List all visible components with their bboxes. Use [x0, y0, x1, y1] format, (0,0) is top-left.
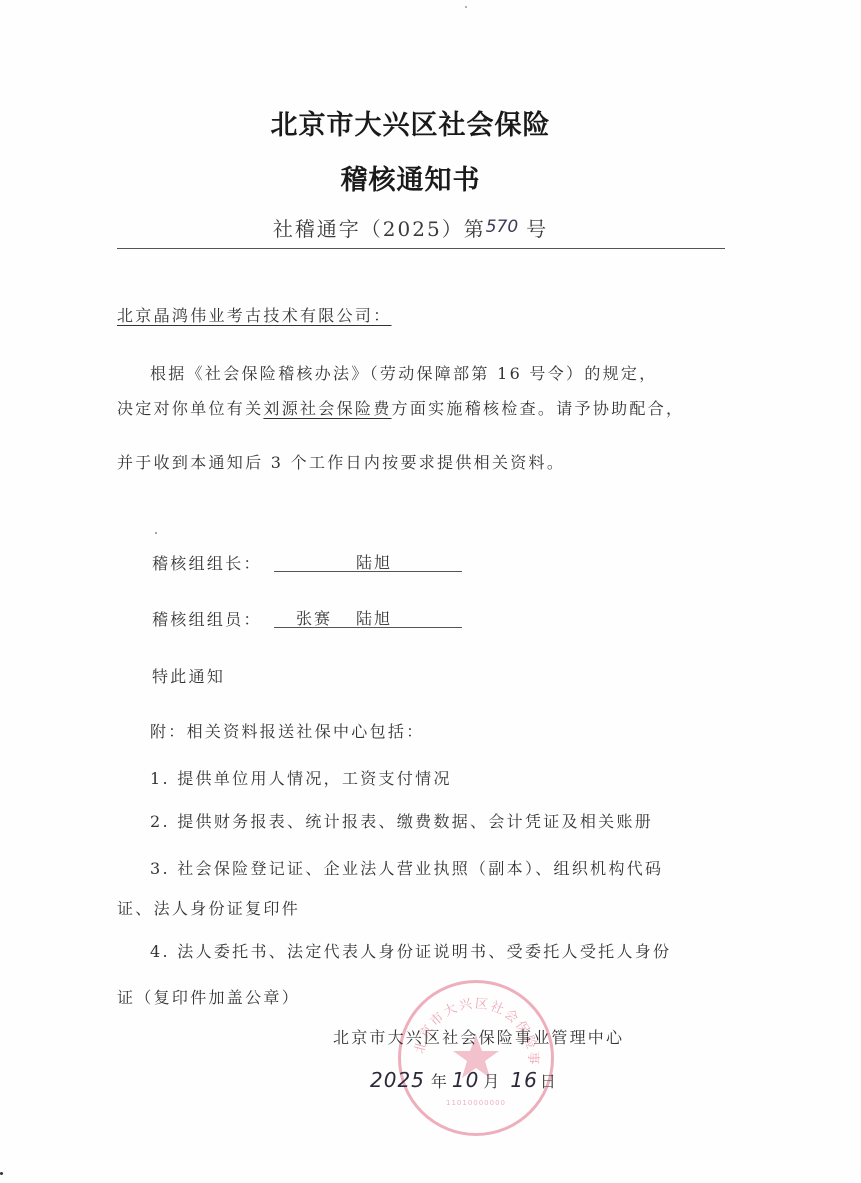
issue-date: 2025年10月16日	[370, 1068, 557, 1092]
svg-text:11010000000: 11010000000	[446, 1099, 506, 1107]
body-line2-post: 方面实施稽核检查。请予协助配合，	[392, 399, 685, 418]
issuer-name: 北京市大兴区社会保险事业管理中心	[333, 1025, 624, 1048]
scan-speck	[0, 1172, 3, 1175]
team-leader-label: 稽核组组长：	[152, 551, 262, 574]
date-month: 10	[452, 1068, 479, 1092]
team-member-1: 张赛	[296, 606, 332, 629]
attachment-item-3: 3. 社会保险登记证、企业法人营业执照（副本）、组织机构代码	[150, 856, 663, 879]
document-title-line1: 北京市大兴区社会保险	[0, 103, 821, 142]
attachment-title: 附：相关资料报送社保中心包括：	[150, 719, 425, 742]
scan-speck	[465, 6, 467, 8]
document-number: 社稽通字（2025）第570号	[0, 213, 821, 242]
body-paragraph-line3: 并于收到本通知后 3 个工作日内按要求提供相关资料。	[117, 450, 565, 473]
date-month-unit: 月	[483, 1072, 500, 1091]
date-year-unit: 年	[431, 1072, 448, 1091]
date-year: 2025	[370, 1068, 425, 1092]
document-number-prefix: 社稽通字（2025）第	[273, 217, 486, 241]
document-title-line2: 稽核通知书	[0, 158, 821, 197]
seal-star-icon: 北京市大兴区社会保险事业管理中心 11010000000	[401, 983, 551, 1133]
team-leader-field: 陆旭	[274, 551, 462, 572]
attachment-item-3-cont: 证、法人身份证复印件	[117, 896, 300, 919]
team-members-label: 稽核组组员：	[152, 607, 262, 630]
scan-speck	[155, 532, 157, 534]
attachment-item-4-cont: 证（复印件加盖公章）	[117, 985, 300, 1008]
body-line2-pre: 决定对你单位有关	[117, 399, 263, 418]
body-paragraph-line2: 决定对你单位有关刘源社会保险费方面实施稽核检查。请予协助配合，	[117, 396, 684, 419]
attachment-item-1: 1. 提供单位用人情况，工资支付情况	[150, 766, 452, 789]
header-divider	[117, 248, 725, 249]
date-day-unit: 日	[540, 1072, 557, 1091]
document-page: 北京市大兴区社会保险 稽核通知书 社稽通字（2025）第570号 北京晶鸿伟业考…	[0, 0, 861, 1183]
date-day: 16	[510, 1068, 537, 1092]
body-paragraph-line1: 根据《社会保险稽核办法》（劳动保障部第 16 号令）的规定，	[150, 361, 658, 384]
team-member-2: 陆旭	[356, 606, 392, 629]
document-number-handwritten: 570	[486, 217, 518, 237]
notice-text: 特此通知	[152, 664, 225, 687]
official-seal: 北京市大兴区社会保险事业管理中心 11010000000	[398, 980, 554, 1136]
document-number-suffix: 号	[526, 217, 548, 241]
recipient: 北京晶鸿伟业考古技术有限公司：	[117, 303, 392, 326]
audit-subject: 刘源社会保险费	[263, 399, 391, 418]
attachment-item-4: 4. 法人委托书、法定代表人身份证说明书、受委托人受托人身份	[150, 939, 671, 962]
team-members-field: 张赛 陆旭	[274, 607, 462, 628]
attachment-item-2: 2. 提供财务报表、统计报表、缴费数据、会计凭证及相关账册	[150, 809, 653, 832]
team-leader-value: 陆旭	[356, 550, 392, 573]
